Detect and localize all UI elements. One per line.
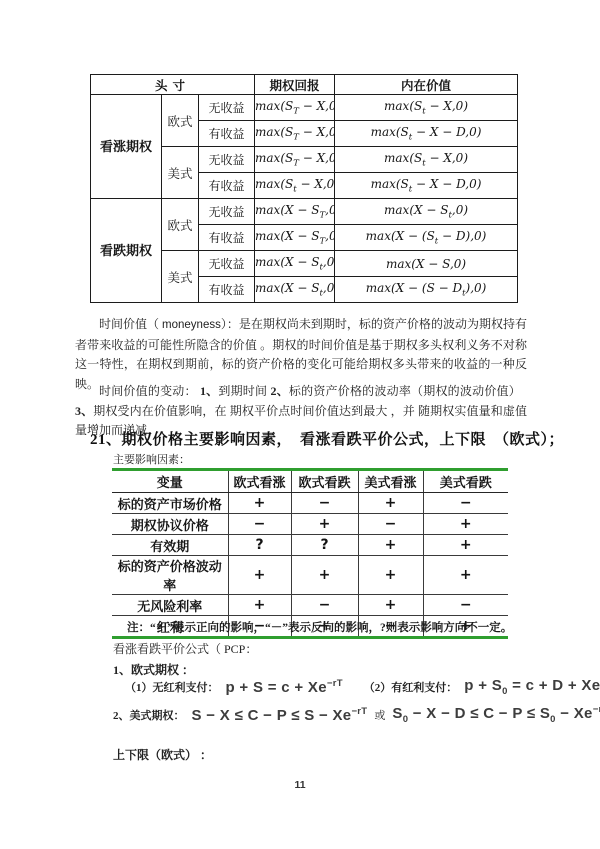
american-option-label: 2、美式期权： xyxy=(113,707,185,723)
factors-table: 变量 欧式看涨 欧式看跌 美式看涨 美式看跌 标的资产市场价格 + − + − … xyxy=(112,468,508,639)
p2-num3: 3、 xyxy=(75,404,93,418)
factor-sign: + xyxy=(358,535,423,556)
pcp-heading: 看涨看跌平价公式（ PCP： xyxy=(113,640,257,657)
factor-sign: + xyxy=(291,556,358,595)
p2-item2: 标的资产价格的波动率（期权的波动价值） xyxy=(289,384,527,398)
p2-num1: 1、 xyxy=(200,384,218,398)
pcp-american-formulas: 2、美式期权： S − X ≤ C − P ≤ S − Xe−rT 或 S0 −… xyxy=(113,704,600,725)
intrinsic-formula: max(X − S,0) xyxy=(335,251,518,277)
table-row: 无风险利率 + − + − xyxy=(112,595,508,616)
income-label: 无收益 xyxy=(199,199,255,225)
table-row: 看跌期权 欧式 无收益 max(X − ST,0) max(X − St,0) xyxy=(91,199,518,225)
no-dividend-label: （1）无红利支付： xyxy=(125,679,219,695)
intrinsic-formula: max(X − St,0) xyxy=(335,199,518,225)
header-intrinsic: 内在价值 xyxy=(335,75,518,95)
p2-item1: 到期时间 xyxy=(218,384,270,398)
factor-sign: − xyxy=(358,514,423,535)
income-label: 有收益 xyxy=(199,277,255,303)
factor-name: 无风险利率 xyxy=(112,595,228,616)
payoff-table: 头寸 期权回报 内在价值 看涨期权 欧式 无收益 max(ST − X,0) m… xyxy=(90,74,518,303)
factor-sign: − xyxy=(423,493,508,514)
factor-sign: + xyxy=(228,493,291,514)
factors-header-am-call: 美式看涨 xyxy=(358,470,423,493)
factor-sign: + xyxy=(358,556,423,595)
table-row: 标的资产市场价格 + − + − xyxy=(112,493,508,514)
american-label: 美式 xyxy=(162,147,199,199)
factor-sign: + xyxy=(423,514,508,535)
factor-sign: − xyxy=(291,493,358,514)
p2-prefix: 时间价值的变动： xyxy=(99,384,200,398)
payoff-formula: max(X − St,0) xyxy=(255,251,335,277)
factors-header-eu-put: 欧式看跌 xyxy=(291,470,358,493)
payoff-formula: max(X − ST,0) xyxy=(255,199,335,225)
factors-header-variable: 变量 xyxy=(112,470,228,493)
factor-name: 标的资产价格波动率 xyxy=(112,556,228,595)
intrinsic-formula: max(St − X − D,0) xyxy=(335,121,518,147)
or-label: 或 xyxy=(374,707,385,725)
income-label: 无收益 xyxy=(199,147,255,173)
p2-num2: 2、 xyxy=(270,384,288,398)
intrinsic-formula: max(St − X,0) xyxy=(335,95,518,121)
factor-sign: + xyxy=(358,493,423,514)
table-row: 有效期 ? ? + + xyxy=(112,535,508,556)
table-row: 期权协议价格 − + − + xyxy=(112,514,508,535)
dividend-label: （2）有红利支付： xyxy=(364,679,458,695)
bounds-heading: 上下限（欧式） ： xyxy=(113,746,212,763)
payoff-formula: max(St − X,0) xyxy=(255,173,335,199)
payoff-formula: max(ST − X,0) xyxy=(255,95,335,121)
payoff-table-header-row: 头寸 期权回报 内在价值 xyxy=(91,75,518,95)
intrinsic-formula: max(X − (S − Dt),0) xyxy=(335,277,518,303)
call-option-label: 看涨期权 xyxy=(91,95,162,199)
factors-header-eu-call: 欧式看涨 xyxy=(228,470,291,493)
payoff-formula: max(X − St,0) xyxy=(255,277,335,303)
intrinsic-formula: max(X − (St − D),0) xyxy=(335,225,518,251)
header-payoff: 期权回报 xyxy=(255,75,335,95)
factor-sign: − xyxy=(291,595,358,616)
document-page: 头寸 期权回报 内在价值 看涨期权 欧式 无收益 max(ST − X,0) m… xyxy=(0,0,600,849)
american-label: 美式 xyxy=(162,251,199,303)
table-row: 看涨期权 欧式 无收益 max(ST − X,0) max(St − X,0) xyxy=(91,95,518,121)
main-factors-label: 主要影响因素： xyxy=(113,451,190,467)
factor-sign: + xyxy=(358,595,423,616)
table-row: 标的资产价格波动率 + + + + xyxy=(112,556,508,595)
factor-sign: + xyxy=(423,556,508,595)
put-option-label: 看跌期权 xyxy=(91,199,162,303)
pcp-european-formulas: （1）无红利支付： p + S = c + Xe−rT （2）有红利支付： p … xyxy=(125,676,600,697)
factor-sign: + xyxy=(228,595,291,616)
factor-sign: + xyxy=(228,556,291,595)
intrinsic-formula: max(St − X,0) xyxy=(335,147,518,173)
factors-table-note: 注：“＋”表示正向的影响，“－”表示反向的影响，?则表示影响方向不一定。 xyxy=(127,619,512,635)
factor-sign: ? xyxy=(228,535,291,556)
section-21-heading: 21、期权价格主要影响因素， 看涨看跌平价公式，上下限 （欧式）； xyxy=(90,428,564,449)
intrinsic-formula: max(St − X − D,0) xyxy=(335,173,518,199)
income-label: 有收益 xyxy=(199,173,255,199)
factor-sign: + xyxy=(291,514,358,535)
page-number: 11 xyxy=(0,779,600,791)
income-label: 无收益 xyxy=(199,251,255,277)
factors-header-am-put: 美式看跌 xyxy=(423,470,508,493)
payoff-formula: max(X − ST,0) xyxy=(255,225,335,251)
american-bound-formula-2: S0 − X − D ≤ C − P ≤ S0 − Xe−rT xyxy=(392,704,600,725)
time-value-text-a: 时间价值（ xyxy=(99,317,162,331)
moneyness-term: moneyness xyxy=(162,319,221,331)
income-label: 有收益 xyxy=(199,121,255,147)
european-label: 欧式 xyxy=(162,95,199,147)
factor-sign: + xyxy=(423,535,508,556)
american-bound-formula-1: S − X ≤ C − P ≤ S − Xe−rT xyxy=(192,706,368,724)
factor-name: 标的资产市场价格 xyxy=(112,493,228,514)
factor-sign: − xyxy=(423,595,508,616)
payoff-formula: max(ST − X,0) xyxy=(255,147,335,173)
factor-name: 有效期 xyxy=(112,535,228,556)
factor-sign: ? xyxy=(291,535,358,556)
factor-sign: − xyxy=(228,514,291,535)
income-label: 有收益 xyxy=(199,225,255,251)
european-label: 欧式 xyxy=(162,199,199,251)
factor-name: 期权协议价格 xyxy=(112,514,228,535)
income-label: 无收益 xyxy=(199,95,255,121)
pcp-formula-dividend: p + S0 = c + D + Xe−rT xyxy=(464,676,600,697)
pcp-formula-no-dividend: p + S = c + Xe−rT xyxy=(226,678,343,696)
header-position: 头寸 xyxy=(91,75,255,95)
payoff-formula: max(ST − X,0) xyxy=(255,121,335,147)
factors-header-row: 变量 欧式看涨 欧式看跌 美式看涨 美式看跌 xyxy=(112,470,508,493)
